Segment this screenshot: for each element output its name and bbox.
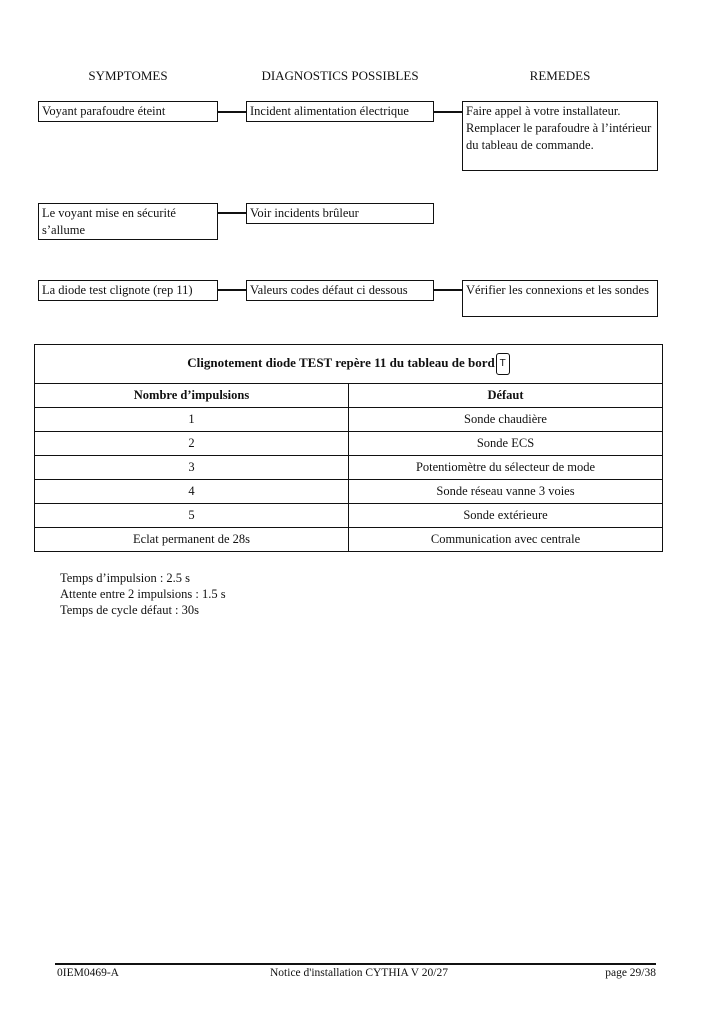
timing-notes: Temps d’impulsion : 2.5 s Attente entre … <box>60 570 226 618</box>
header-symptoms: SYMPTOMES <box>38 68 218 84</box>
table-row: 3Potentiomètre du sélecteur de mode <box>35 456 663 480</box>
connector-line <box>218 111 246 113</box>
diagnostic-box: Incident alimentation électrique <box>246 101 434 122</box>
footer-divider <box>55 963 656 965</box>
column-header-pulses: Nombre d’impulsions <box>35 384 349 408</box>
header-diagnostics: DIAGNOSTICS POSSIBLES <box>232 68 448 84</box>
pulse-count: 4 <box>35 480 349 504</box>
fault-label: Sonde chaudière <box>349 408 663 432</box>
table-row: Eclat permanent de 28sCommunication avec… <box>35 528 663 552</box>
diagnostic-box: Voir incidents brûleur <box>246 203 434 224</box>
footer-page: page 29/38 <box>600 967 656 979</box>
note-cycle-time: Temps de cycle défaut : 30s <box>60 602 226 618</box>
note-wait-time: Attente entre 2 impulsions : 1.5 s <box>60 586 226 602</box>
pulse-count: 3 <box>35 456 349 480</box>
fault-label: Communication avec centrale <box>349 528 663 552</box>
header-remedies: REMEDES <box>462 68 658 84</box>
test-button-icon: T <box>496 353 510 375</box>
connector-line <box>434 111 462 113</box>
pulse-count: 5 <box>35 504 349 528</box>
pulse-count: 2 <box>35 432 349 456</box>
symptom-box: Voyant parafoudre éteint <box>38 101 218 122</box>
footer-doc-ref: 0IEM0469-A <box>57 967 119 979</box>
footer-title: Notice d'installation CYTHIA V 20/27 <box>270 967 448 979</box>
table-row: 2Sonde ECS <box>35 432 663 456</box>
table-row: 1Sonde chaudière <box>35 408 663 432</box>
pulse-count: Eclat permanent de 28s <box>35 528 349 552</box>
connector-line <box>434 289 462 291</box>
fault-codes-table: Clignotement diode TEST repère 11 du tab… <box>34 344 663 552</box>
table-row: 5Sonde extérieure <box>35 504 663 528</box>
remedy-box: Faire appel à votre installateur. Rempla… <box>462 101 658 171</box>
fault-label: Sonde ECS <box>349 432 663 456</box>
diagnostic-box: Valeurs codes défaut ci dessous <box>246 280 434 301</box>
connector-line <box>218 289 246 291</box>
fault-label: Sonde extérieure <box>349 504 663 528</box>
table-row: 4Sonde réseau vanne 3 voies <box>35 480 663 504</box>
pulse-count: 1 <box>35 408 349 432</box>
symptom-box: Le voyant mise en sécurité s’allume <box>38 203 218 240</box>
table-title-text: Clignotement diode TEST repère 11 du tab… <box>187 355 494 370</box>
note-pulse-time: Temps d’impulsion : 2.5 s <box>60 570 226 586</box>
connector-line <box>218 212 246 214</box>
symptom-box: La diode test clignote (rep 11) <box>38 280 218 301</box>
fault-label: Sonde réseau vanne 3 voies <box>349 480 663 504</box>
table-title: Clignotement diode TEST repère 11 du tab… <box>35 345 663 384</box>
remedy-box: Vérifier les connexions et les sondes <box>462 280 658 317</box>
fault-label: Potentiomètre du sélecteur de mode <box>349 456 663 480</box>
column-header-fault: Défaut <box>349 384 663 408</box>
